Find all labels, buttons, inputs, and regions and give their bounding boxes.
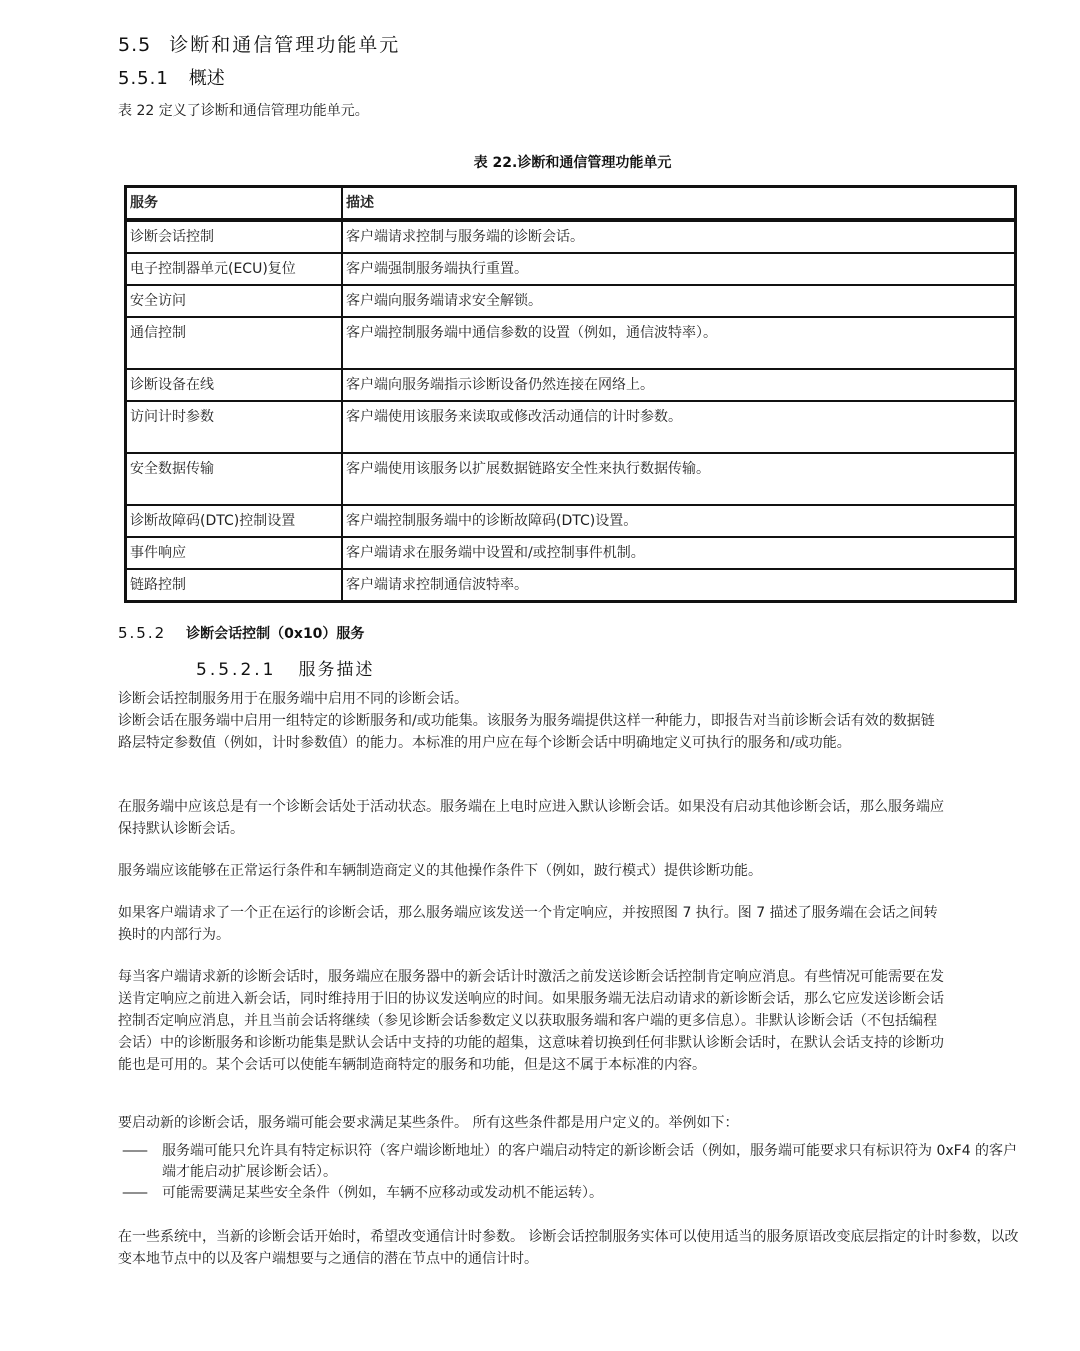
table-row: 通信控制 客户端控制服务端中通信参数的设置（例如，通信波特率）。 xyxy=(126,317,1016,369)
description-cell: 客户端向服务端指示诊断设备仍然连接在网络上。 xyxy=(342,369,1016,401)
description-cell: 客户端强制服务端执行重置。 xyxy=(342,253,1016,285)
services-table: 服务 描述 诊断会话控制 客户端请求控制与服务端的诊断会话。 电子控制器单元(E… xyxy=(124,185,1017,603)
condition-list: —— 服务端可能只允许具有特定标识符（客户端诊断地址）的客户端启动特定的新诊断会… xyxy=(122,1141,1022,1204)
subsubsection-title: 服务描述 xyxy=(298,660,374,680)
subsubsection-number: 5.5.2.1 xyxy=(196,660,276,680)
paragraph-7: 在一些系统中，当新的诊断会话开始时，希望改变通信计时参数。 诊断会话控制服务实体… xyxy=(118,1226,1028,1270)
table-row: 安全访问 客户端向服务端请求安全解锁。 xyxy=(126,285,1016,317)
paragraph-5: 每当客户端请求新的诊断会话时，服务端应在服务器中的新会话计时激活之前发送诊断会话… xyxy=(118,966,948,1076)
table-row: 访问计时参数 客户端使用该服务来读取或修改活动通信的计时参数。 xyxy=(126,401,1016,453)
subsubsection-heading: 5.5.2.1服务描述 xyxy=(196,655,374,680)
section-title: 诊断和通信管理功能单元 xyxy=(169,34,400,56)
table-caption: 表 22.诊断和通信管理功能单元 xyxy=(0,152,1080,172)
service-cell: 电子控制器单元(ECU)复位 xyxy=(126,253,343,285)
description-cell: 客户端请求控制与服务端的诊断会话。 xyxy=(342,220,1016,253)
subsection-heading-overview: 5.5.1概述 xyxy=(118,64,225,90)
service-cell: 链路控制 xyxy=(126,569,343,602)
service-cell: 通信控制 xyxy=(126,317,343,369)
list-item: —— 可能需要满足某些安全条件（例如，车辆不应移动或发动机不能运转）。 xyxy=(122,1183,1022,1204)
table-row: 电子控制器单元(ECU)复位 客户端强制服务端执行重置。 xyxy=(126,253,1016,285)
service-cell: 诊断会话控制 xyxy=(126,220,343,253)
paragraph-3: 服务端应该能够在正常运行条件和车辆制造商定义的其他操作条件下（例如，跛行模式）提… xyxy=(118,860,948,882)
description-cell: 客户端向服务端请求安全解锁。 xyxy=(342,285,1016,317)
paragraph-line: 诊断会话在服务端中启用一组特定的诊断服务和/或功能集。该服务为服务端提供这样一种… xyxy=(118,710,948,754)
subsection-number: 5.5.1 xyxy=(118,68,169,89)
section-heading: 5.5诊断和通信管理功能单元 xyxy=(118,30,400,57)
table-row: 诊断故障码(DTC)控制设置 客户端控制服务端中的诊断故障码(DTC)设置。 xyxy=(126,505,1016,537)
service-cell: 安全数据传输 xyxy=(126,453,343,505)
table-row: 事件响应 客户端请求在服务端中设置和/或控制事件机制。 xyxy=(126,537,1016,569)
section-number: 5.5 xyxy=(118,34,151,56)
subsection-title: 诊断会话控制（0x10）服务 xyxy=(186,626,364,642)
table-header-row: 服务 描述 xyxy=(126,187,1016,221)
description-cell: 客户端控制服务端中通信参数的设置（例如，通信波特率）。 xyxy=(342,317,1016,369)
description-cell: 客户端使用该服务来读取或修改活动通信的计时参数。 xyxy=(342,401,1016,453)
service-cell: 事件响应 xyxy=(126,537,343,569)
list-item: —— 服务端可能只允许具有特定标识符（客户端诊断地址）的客户端启动特定的新诊断会… xyxy=(122,1141,1022,1183)
description-cell: 客户端请求在服务端中设置和/或控制事件机制。 xyxy=(342,537,1016,569)
service-cell: 诊断故障码(DTC)控制设置 xyxy=(126,505,343,537)
table-row: 诊断设备在线 客户端向服务端指示诊断设备仍然连接在网络上。 xyxy=(126,369,1016,401)
table-row: 链路控制 客户端请求控制通信波特率。 xyxy=(126,569,1016,602)
service-cell: 安全访问 xyxy=(126,285,343,317)
description-cell: 客户端使用该服务以扩展数据链路安全性来执行数据传输。 xyxy=(342,453,1016,505)
intro-text: 表 22 定义了诊断和通信管理功能单元。 xyxy=(118,100,369,120)
header-description: 描述 xyxy=(342,187,1016,221)
paragraph-6: 要启动新的诊断会话，服务端可能会要求满足某些条件。 所有这些条件都是用户定义的。… xyxy=(118,1112,1018,1134)
paragraph-4: 如果客户端请求了一个正在运行的诊断会话，那么服务端应该发送一个肯定响应，并按照图… xyxy=(118,902,948,946)
paragraph-1: 诊断会话控制服务用于在服务端中启用不同的诊断会话。 诊断会话在服务端中启用一组特… xyxy=(118,688,948,754)
paragraph-line: 诊断会话控制服务用于在服务端中启用不同的诊断会话。 xyxy=(118,688,948,710)
subsection-heading-session-control: 5.5.2诊断会话控制（0x10）服务 xyxy=(118,623,364,643)
dash-bullet-icon: —— xyxy=(122,1183,162,1204)
dash-bullet-icon: —— xyxy=(122,1141,162,1183)
table-row: 诊断会话控制 客户端请求控制与服务端的诊断会话。 xyxy=(126,220,1016,253)
list-item-text: 可能需要满足某些安全条件（例如，车辆不应移动或发动机不能运转）。 xyxy=(162,1183,1022,1204)
subsection-title: 概述 xyxy=(189,68,225,89)
header-service: 服务 xyxy=(126,187,343,221)
description-cell: 客户端请求控制通信波特率。 xyxy=(342,569,1016,602)
subsection-number: 5.5.2 xyxy=(118,624,166,642)
service-cell: 访问计时参数 xyxy=(126,401,343,453)
list-item-text: 服务端可能只允许具有特定标识符（客户端诊断地址）的客户端启动特定的新诊断会话（例… xyxy=(162,1141,1022,1183)
service-cell: 诊断设备在线 xyxy=(126,369,343,401)
description-cell: 客户端控制服务端中的诊断故障码(DTC)设置。 xyxy=(342,505,1016,537)
table-row: 安全数据传输 客户端使用该服务以扩展数据链路安全性来执行数据传输。 xyxy=(126,453,1016,505)
paragraph-2: 在服务端中应该总是有一个诊断会话处于活动状态。服务端在上电时应进入默认诊断会话。… xyxy=(118,796,948,840)
